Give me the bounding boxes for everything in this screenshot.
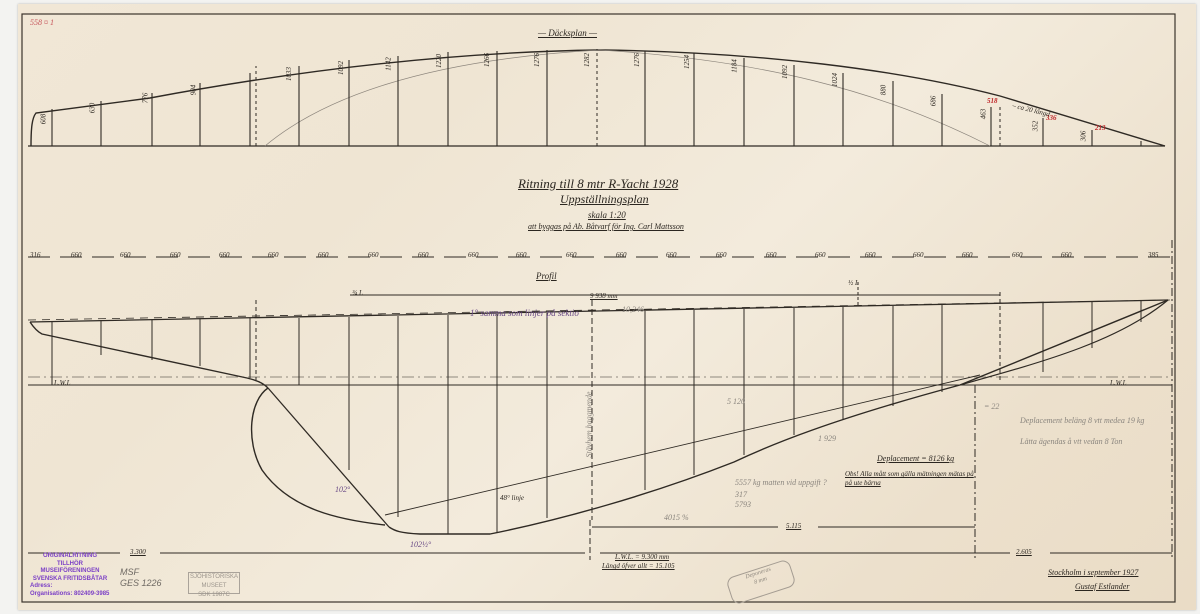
- pencil-note: 1 929: [818, 434, 836, 443]
- station-spacing: 660: [1061, 251, 1072, 259]
- yacht-lines-drawing: [0, 0, 1200, 614]
- half-breadth-label: 608: [39, 114, 47, 125]
- archive-line: SJÖHISTORISKA MUSEET: [189, 573, 239, 591]
- loa-dimension: Längd öfver allt = 15.105: [602, 562, 675, 570]
- half-breadth-label: 686: [929, 96, 937, 107]
- station-spacing: 660: [170, 251, 181, 259]
- lwl-dimension: L.W.L. = 9.300 mm: [615, 553, 669, 561]
- catalog-line: GES 1226: [120, 578, 162, 589]
- half-breadth-label: 1254: [683, 55, 691, 69]
- stamp-line: Adress:: [30, 583, 110, 591]
- station-spacing: 660: [716, 251, 727, 259]
- profile-view: [28, 240, 1172, 560]
- stamp-line: Organisations: 802409-3985: [30, 591, 110, 599]
- frame-border: [22, 14, 1175, 602]
- half-breadth-label: 1266: [483, 53, 491, 67]
- pencil-note: 5 120: [727, 397, 745, 406]
- half-breadth-label: 1033: [285, 67, 293, 81]
- archive-stamp: SJÖHISTORISKA MUSEET SDK 1987C: [188, 572, 240, 594]
- signature-place-date: Stockholm i september 1927: [1048, 568, 1138, 577]
- stamp-line: SVENSKA FRITIDSBÅTAR: [30, 576, 110, 584]
- dimension-lines: [28, 527, 1172, 553]
- half-breadth-label: 306: [1079, 131, 1087, 142]
- half-breadth-label: 1282: [583, 53, 591, 67]
- half-breadth-label: 1092: [337, 61, 345, 75]
- pencil-note: 317: [735, 490, 747, 499]
- pencil-note: 5793: [735, 500, 751, 509]
- station-spacing: 316: [30, 251, 41, 259]
- station-spacing: 660: [566, 251, 577, 259]
- half-breadth-label: 630: [88, 103, 96, 114]
- station-spacing: 660: [418, 251, 429, 259]
- drawing-title: Ritning till 8 mtr R-Yacht 1928: [518, 176, 678, 192]
- signature-name: Gustaf Estlander: [1075, 582, 1129, 591]
- station-spacing: 660: [865, 251, 876, 259]
- station-spacing: 660: [766, 251, 777, 259]
- catalog-number: MSF GES 1226: [120, 567, 162, 589]
- corner-mark: 558 ¤ 1: [30, 18, 54, 27]
- fwd-overhang-dimension: 2.605: [1016, 548, 1032, 556]
- ownership-stamp: ORIGINALRITNING TILLHÖR MUSEIFÖRENINGEN …: [30, 553, 110, 598]
- station-spacing: 660: [516, 251, 527, 259]
- station-spacing: 660: [268, 251, 279, 259]
- station-spacing: 660: [318, 251, 329, 259]
- station-spacing: 660: [368, 251, 379, 259]
- station-spacing: 660: [1012, 251, 1023, 259]
- mid-length-dimension: 5.115: [786, 522, 801, 530]
- builder-note: att byggas på Ab. Båtvarf för Ing. Carl …: [528, 222, 684, 231]
- rake-label: ¾ L: [352, 289, 363, 297]
- half-breadth-label: 880: [879, 85, 887, 96]
- half-breadth-label: 904: [189, 85, 197, 96]
- station-spacing: 660: [71, 251, 82, 259]
- keel-angle: 102°: [335, 485, 350, 494]
- station-spacing: 385: [1148, 251, 1159, 259]
- keel-bottom-angle: 102½°: [410, 540, 431, 549]
- station-spacing: 660: [120, 251, 131, 259]
- pencil-note: 4015 %: [664, 513, 689, 522]
- half-breadth-label: 776: [141, 93, 149, 104]
- catalog-line: MSF: [120, 567, 162, 578]
- pencil-note: = 22: [984, 402, 999, 411]
- red-mark: 213: [1095, 124, 1106, 132]
- stamp-line: ORIGINALRITNING: [30, 553, 110, 561]
- station-spacing: 660: [666, 251, 677, 259]
- drawing-scale: skala 1:20: [588, 210, 626, 220]
- station-spacing: 660: [468, 251, 479, 259]
- half-breadth-label: 1276: [633, 53, 641, 67]
- pencil-note: Stävhem haggmende: [584, 392, 593, 458]
- station-spacing: 660: [815, 251, 826, 259]
- station-spacing: 660: [962, 251, 973, 259]
- pencil-note: 10,246: [622, 305, 644, 314]
- half-breadth-label: 463: [979, 109, 987, 120]
- half-breadth-label: 1142: [385, 57, 393, 70]
- station-spacing: 660: [616, 251, 627, 259]
- pencil-note: Deplacement beläng 8 vtt medea 19 kg: [1020, 416, 1144, 425]
- stamp-line: TILLHÖR MUSEIFÖRENINGEN: [30, 561, 110, 576]
- archive-line: SDK 1987C: [189, 591, 239, 600]
- top-dimension: 9 938 mm: [590, 292, 618, 300]
- freeboard-note: 1° samma som linjer på sektio: [470, 308, 579, 318]
- half-breadth-label: 1220: [435, 54, 443, 68]
- red-mark: 518: [987, 97, 998, 105]
- pencil-note: Lätta ägendas å vtt vedan 8 Ton: [1020, 437, 1122, 446]
- half-breadth-label: 352: [1031, 121, 1039, 132]
- mid-marker: ½ L: [848, 279, 859, 287]
- half-breadth-label: 1276: [533, 53, 541, 67]
- obs-note: Obs! Alla mått som gälla mätningen mätas…: [845, 470, 975, 488]
- half-breadth-label: 1092: [781, 65, 789, 79]
- pencil-note: 5557 kg matten vid uppgift ?: [735, 478, 827, 487]
- half-breadth-label: 1024: [831, 73, 839, 87]
- bilge-label: 48° linje: [500, 494, 524, 502]
- profile-heading: Profil: [536, 271, 557, 281]
- station-spacing: 660: [219, 251, 230, 259]
- station-spacing: 660: [913, 251, 924, 259]
- displacement-note: Deplacement = 8126 kg: [877, 454, 954, 463]
- deck-plan-heading: — Däcksplan —: [538, 28, 597, 38]
- half-breadth-label: 1184: [731, 59, 739, 72]
- drawing-subtitle: Uppställningsplan: [560, 192, 649, 207]
- lwl-right-label: L.W.L: [1110, 379, 1126, 387]
- lwl-left-label: L.W.L: [54, 379, 70, 387]
- aft-overhang-dimension: 3.300: [130, 548, 146, 556]
